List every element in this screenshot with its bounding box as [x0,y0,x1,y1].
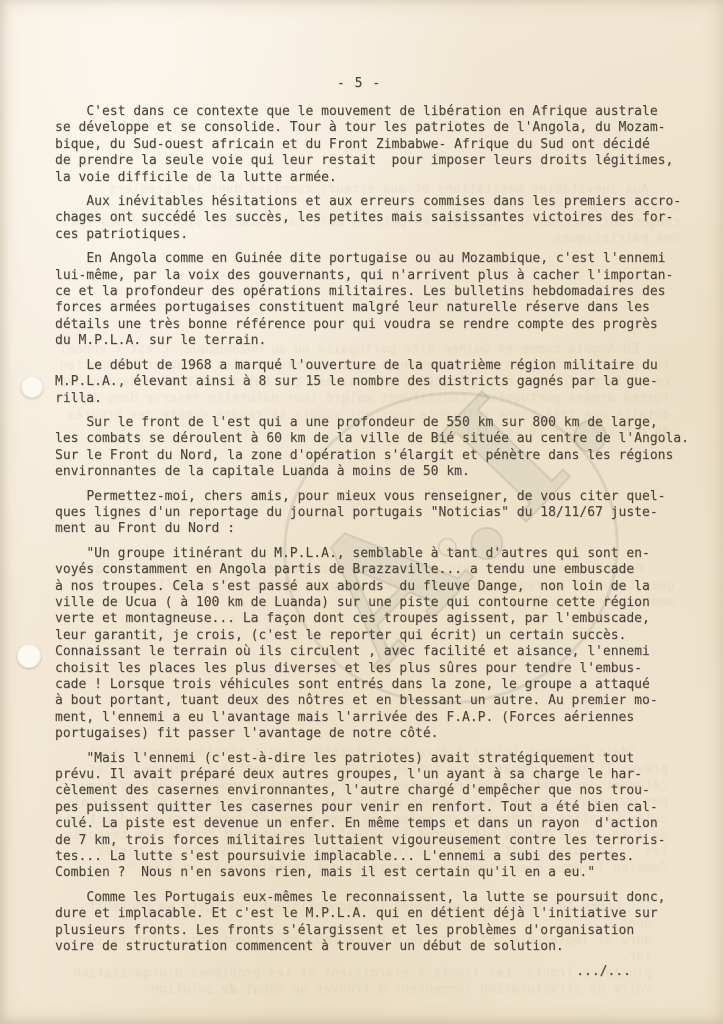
page-content: - 5 - C'est dans ce contexte que le mouv… [0,0,723,980]
paragraph: Le début de 1968 a marqué l'ouverture de… [55,358,703,407]
paragraph: "Un groupe itinérant du M.P.L.A., sembla… [55,546,703,743]
document-page: Aux inévitables hésitations et aux erreu… [0,0,723,1024]
paragraph: En Angola comme en Guinée dite portugais… [55,251,703,349]
paragraph: Aux inévitables hésitations et aux erreu… [55,194,703,243]
paragraph: Permettez-moi, chers amis, pour mieux vo… [55,489,703,538]
page-number: - 5 - [55,76,663,91]
paragraph: C'est dans ce contexte que le mouvement … [55,104,703,186]
paragraph: Sur le front de l'est qui a une profonde… [55,415,703,481]
paragraph: "Mais l'ennemi (c'est-à-dire les patriot… [55,751,703,882]
paragraph: Comme les Portugais eux-mêmes le reconna… [55,890,703,956]
punch-hole [17,644,41,668]
continuation-mark: .../... [55,964,703,980]
punch-hole [21,376,43,398]
bleedthrough-text: .../... [140,982,260,998]
